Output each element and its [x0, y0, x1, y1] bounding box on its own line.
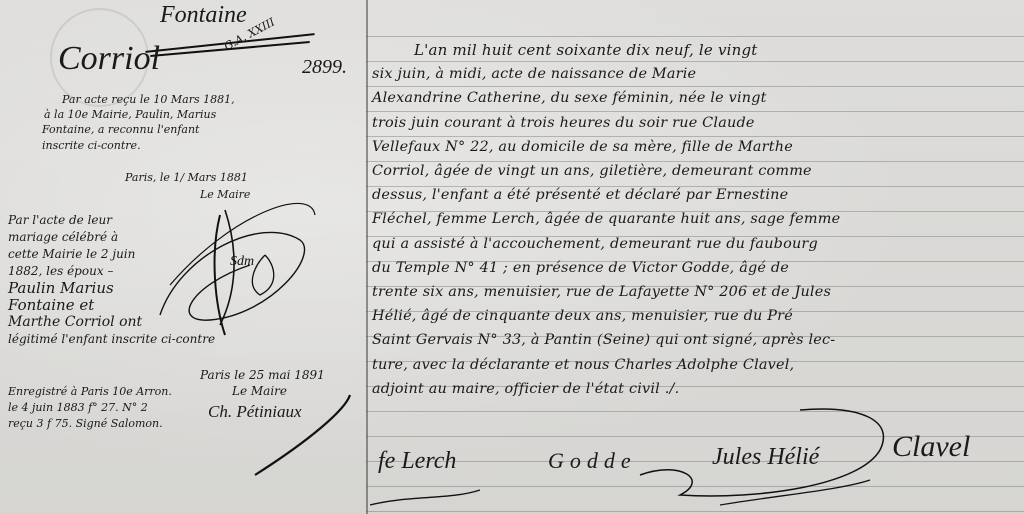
body-line: Corriol, âgée de vingt un ans, giletière…: [372, 159, 840, 183]
body-line: Saint Gervais N° 33, à Pantin (Seine) qu…: [372, 328, 840, 352]
birth-record-body: L'an mil huit cent soixante dix neuf, le…: [372, 38, 840, 401]
note-line: à la 10e Mairie, Paulin, Marius: [44, 107, 235, 122]
body-line: Vellefaux N° 22, au domicile de sa mère,…: [372, 135, 840, 159]
margin-divider: [366, 0, 368, 514]
note-line: reçu 3 f 75. Signé Salomon.: [8, 416, 172, 432]
body-line: Hélié, âgé de cinquante deux ans, menuis…: [372, 304, 840, 328]
note-line: légitimé l'enfant inscrite ci-contre: [8, 331, 215, 348]
body-line: trente six ans, menuisier, rue de Lafaye…: [372, 280, 840, 304]
body-line: adjoint au maire, officier de l'état civ…: [372, 377, 840, 401]
note-line: Enregistré à Paris 10e Arron.: [8, 384, 172, 400]
body-line: six juin, à midi, acte de naissance de M…: [372, 62, 840, 86]
note-line: Par acte reçu le 10 Mars 1881,: [62, 92, 235, 107]
note-legitimation: Par l'acte de leur mariage célébré à cet…: [8, 212, 215, 348]
note-line: Paulin Marius: [8, 280, 215, 297]
note-registration: Enregistré à Paris 10e Arron. le 4 juin …: [8, 384, 172, 432]
body-line: L'an mil huit cent soixante dix neuf, le…: [414, 38, 840, 62]
note-legitimation-date: Paris le 25 mai 1891: [200, 368, 325, 383]
lerch-signature-flourish: [370, 470, 490, 514]
note-line: Fontaine et: [8, 297, 215, 314]
acte-number: 2899.: [302, 56, 347, 79]
note-line: mariage célébré à: [8, 229, 215, 246]
note-line: Fontaine, a reconnu l'enfant: [42, 122, 235, 137]
note-line: Par l'acte de leur: [8, 212, 215, 229]
body-line: trois juin courant à trois heures du soi…: [372, 111, 840, 135]
note-line: Marthe Corriol ont: [8, 314, 215, 331]
signature-clavel: Clavel: [892, 430, 970, 464]
note-line: cette Mairie le 2 juin: [8, 246, 215, 263]
body-line: Fléchel, femme Lerch, âgée de quarante h…: [372, 207, 840, 231]
note-line: 1882, les époux –: [8, 263, 215, 280]
note-line: inscrite ci-contre.: [42, 138, 235, 153]
margin-surname: Corriol: [58, 40, 160, 78]
body-line: du Temple N° 41 ; en présence de Victor …: [372, 256, 840, 280]
body-line: ture, avec la déclarante et nous Charles…: [372, 353, 840, 377]
register-page: Fontaine Corriol G.A. XXIII 2899. Par ac…: [0, 0, 1024, 514]
body-line: Alexandrine Catherine, du sexe féminin, …: [372, 86, 840, 110]
signature-stroke: [250, 390, 360, 480]
margin-surname-above: Fontaine: [160, 2, 247, 29]
body-line: qui a assisté à l'accouchement, demeuran…: [372, 232, 840, 256]
note-line: le 4 juin 1883 f° 27. N° 2: [8, 400, 172, 416]
note-recognition-date: Paris, le 1/ Mars 1881: [125, 170, 248, 185]
note-recognition: Par acte reçu le 10 Mars 1881, à la 10e …: [62, 92, 235, 153]
helie-signature-flourish: [620, 400, 900, 510]
svg-text:Sdm: Sdm: [230, 254, 254, 269]
body-line: dessus, l'enfant a été présenté et décla…: [372, 183, 840, 207]
